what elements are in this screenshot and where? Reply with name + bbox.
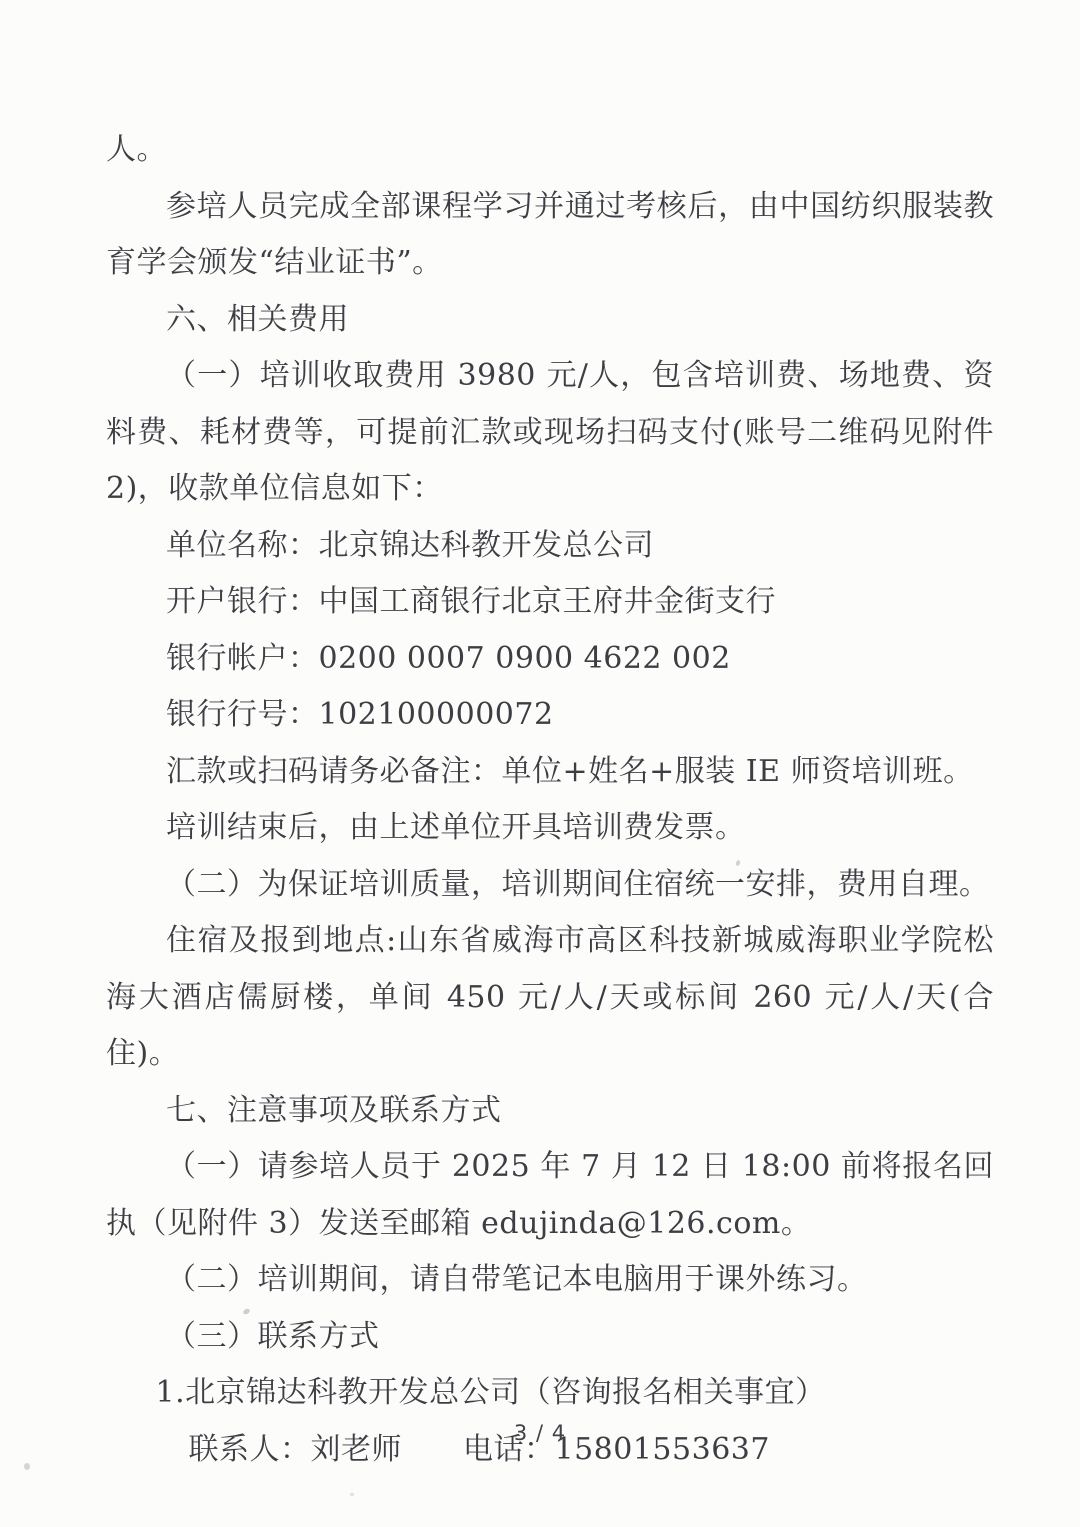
paragraph-certificate: 参培人员完成全部课程学习并通过考核后，由中国纺织服装教育学会颁发“结业证书”。 bbox=[106, 179, 994, 292]
paragraph-accommodation: （二）为保证培训质量，培训期间住宿统一安排，费用自理。 bbox=[106, 857, 994, 914]
payee-bank-line: 开户银行：中国工商银行北京王府井金街支行 bbox=[106, 574, 994, 631]
document-body: 人。 参培人员完成全部课程学习并通过考核后，由中国纺织服装教育学会颁发“结业证书… bbox=[106, 122, 994, 1478]
document-page: 人。 参培人员完成全部课程学习并通过考核后，由中国纺织服装教育学会颁发“结业证书… bbox=[0, 0, 1080, 1527]
payee-bank-code-line: 银行行号：102100000072 bbox=[106, 687, 994, 744]
payee-account-line: 银行帐户：0200 0007 0900 4622 002 bbox=[106, 631, 994, 688]
payee-name-line: 单位名称：北京锦达科教开发总公司 bbox=[106, 518, 994, 575]
scan-speck bbox=[350, 1493, 354, 1496]
page-number: 3 / 4 bbox=[0, 1421, 1080, 1445]
paragraph-registration-deadline: （一）请参培人员于 2025 年 7 月 12 日 18:00 前将报名回执（见… bbox=[106, 1139, 994, 1252]
section-heading-fees: 六、相关费用 bbox=[106, 292, 994, 349]
remittance-note-line: 汇款或扫码请务必备注：单位+姓名+服装 IE 师资培训班。 bbox=[106, 744, 994, 801]
scan-speck bbox=[24, 1463, 30, 1470]
heading-contact-info: （三）联系方式 bbox=[106, 1309, 994, 1366]
contact-org-line: 1.北京锦达科教开发总公司（咨询报名相关事宜） bbox=[106, 1365, 994, 1422]
paragraph-fee-details: （一）培训收取费用 3980 元/人，包含培训费、场地费、资料费、耗材费等，可提… bbox=[106, 348, 994, 518]
paragraph-laptop-note: （二）培训期间，请自带笔记本电脑用于课外练习。 bbox=[106, 1252, 994, 1309]
paragraph-accommodation-address: 住宿及报到地点:山东省威海市高区科技新城威海职业学院松海大酒店儒厨楼，单间 45… bbox=[106, 913, 994, 1083]
page-continuation-text: 人。 bbox=[106, 122, 994, 179]
invoice-note-line: 培训结束后，由上述单位开具培训费发票。 bbox=[106, 800, 994, 857]
section-heading-notes-contact: 七、注意事项及联系方式 bbox=[106, 1083, 994, 1140]
